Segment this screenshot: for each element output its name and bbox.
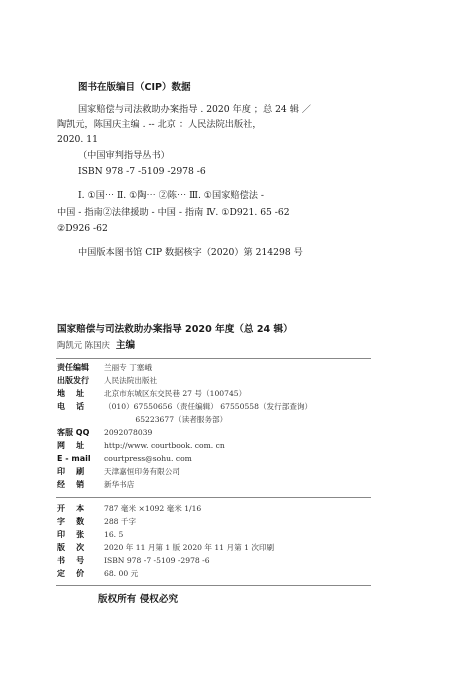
cip-line: ②D926 -62 xyxy=(57,222,108,235)
info-row: 65223677（读者服务部） xyxy=(57,414,227,425)
book-title: 国家赔偿与司法救助办案指导 2020 年度（总 24 辑） xyxy=(57,321,293,335)
cip-line: 国家赔偿与司法救助办案指导 . 2020 年度 ；总 24 辑 ／ xyxy=(78,103,311,116)
cip-record-number: 中国版本图书馆 CIP 数据核字（2020）第 214298 号 xyxy=(78,246,303,259)
info-row: 客服 QQ2092078039 xyxy=(57,427,152,438)
website-link: http://www. courtbook. com. cn xyxy=(104,441,225,450)
divider xyxy=(56,358,371,359)
info-row: E - mailcourtpress@sohu. com xyxy=(57,453,192,464)
info-row: 印 张16. 5 xyxy=(57,529,123,540)
info-row: 版 次2020 年 11 月第 1 版 2020 年 11 月第 1 次印刷 xyxy=(57,542,274,553)
cip-heading: 图书在版编目（CIP）数据 xyxy=(78,79,190,93)
editor-role: 主编 xyxy=(116,340,135,351)
info-row: 字 数288 千字 xyxy=(57,516,136,527)
copyright-notice: 版权所有 侵权必究 xyxy=(98,591,178,605)
info-row: 网 址http://www. courtbook. com. cn xyxy=(57,440,225,451)
divider xyxy=(56,585,371,586)
info-row: 书 号ISBN 978 -7 -5109 -2978 -6 xyxy=(57,555,210,566)
email-link: courtpress@sohu. com xyxy=(104,454,192,463)
editor-names: 陶凯元 陈国庆 xyxy=(57,340,110,350)
cip-line: 中国 - 指南②法律援助 - 中国 - 指南 Ⅳ. ①D921. 65 -62 xyxy=(57,206,290,219)
divider xyxy=(56,497,371,498)
cip-isbn: ISBN 978 -7 -5109 -2978 -6 xyxy=(78,165,206,178)
info-row: 责任编辑兰丽专 丁塞峨 xyxy=(57,362,152,373)
info-row: 地 址北京市东城区东交民巷 27 号（100745） xyxy=(57,388,246,399)
info-row: 电 话（010）67550656（责任编辑） 67550558（发行部查询） xyxy=(57,401,312,412)
cip-line: Ⅰ. ①国⋯ Ⅱ. ①陶⋯ ②陈⋯ Ⅲ. ①国家赔偿法 - xyxy=(78,189,264,202)
cip-line: 陶凯元，陈国庆主编 . -- 北京 ：人民法院出版社， xyxy=(57,118,262,131)
info-row: 印 刷天津嘉恒印务有限公司 xyxy=(57,466,180,477)
info-row: 经 销新华书店 xyxy=(57,479,134,490)
info-row: 开 本787 毫米 ×1092 毫米 1/16 xyxy=(57,503,201,514)
info-row: 出版发行人民法院出版社 xyxy=(57,375,157,386)
book-editors: 陶凯元 陈国庆主编 xyxy=(57,337,135,351)
cip-line: 2020. 11 xyxy=(57,133,98,146)
cip-line: （中国审判指导丛书） xyxy=(78,149,170,162)
info-row: 定 价68. 00 元 xyxy=(57,568,138,579)
